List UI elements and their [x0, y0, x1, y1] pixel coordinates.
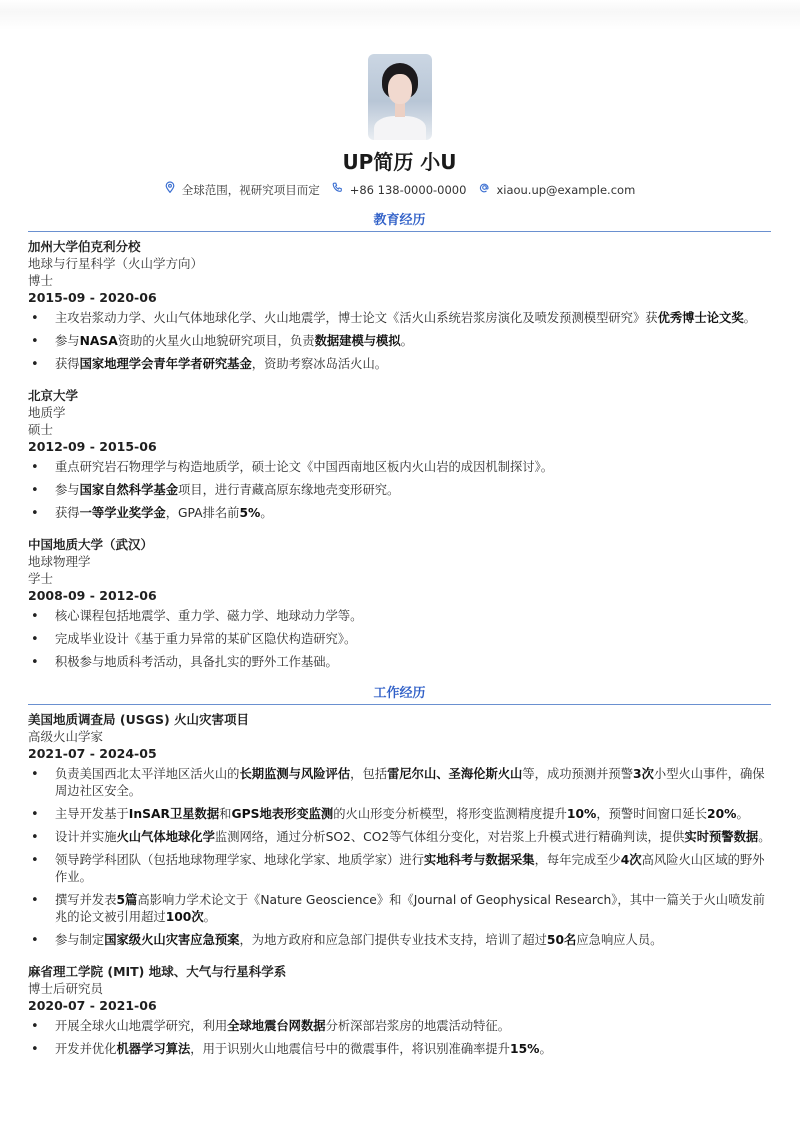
phone-icon: [332, 182, 344, 198]
resume-page: UP简历 小U 全球范围，视研究项目而定 +86 138-0000-0000 x…: [0, 0, 800, 1058]
bullet-item: 撰写并发表5篇高影响力学术论文于《Nature Geoscience》和《Jou…: [28, 892, 771, 926]
contact-phone: +86 138-0000-0000: [332, 181, 467, 198]
bullet-list: 主攻岩浆动力学、火山气体地球化学、火山地震学，博士论文《活火山系统岩浆房演化及喷…: [28, 310, 771, 373]
degree: 博士: [28, 272, 771, 289]
bullet-item: 负责美国西北太平洋地区活火山的长期监测与风险评估，包括雷尼尔山、圣海伦斯火山等，…: [28, 766, 771, 800]
bullet-item: 获得国家地理学会青年学者研究基金，资助考察冰岛活火山。: [28, 356, 771, 373]
bullet-item: 重点研究岩石物理学与构造地质学，硕士论文《中国西南地区板内火山岩的成因机制探讨》…: [28, 459, 771, 476]
education-entry: 北京大学 地质学 硕士 2012-09 - 2015-06 重点研究岩石物理学与…: [28, 387, 771, 522]
bullet-item: 设计并实施火山气体地球化学监测网络，通过分析SO2、CO2等气体组分变化，对岩浆…: [28, 829, 771, 846]
school-name: 北京大学: [28, 387, 771, 404]
candidate-name: UP简历 小U: [28, 149, 771, 175]
at-sign-icon: [478, 182, 490, 198]
resume-header: UP简历 小U 全球范围，视研究项目而定 +86 138-0000-0000 x…: [28, 0, 771, 198]
bullet-item: 主攻岩浆动力学、火山气体地球化学、火山地震学，博士论文《活火山系统岩浆房演化及喷…: [28, 310, 771, 327]
bullet-list: 核心课程包括地震学、重力学、磁力学、地球动力学等。完成毕业设计《基于重力异常的某…: [28, 608, 771, 671]
bullet-item: 主导开发基于InSAR卫星数据和GPS地表形变监测的火山形变分析模型，将形变监测…: [28, 806, 771, 823]
map-pin-icon: [164, 181, 176, 198]
contact-info: 全球范围，视研究项目而定 +86 138-0000-0000 xiaou.up@…: [28, 181, 771, 198]
education-entry: 中国地质大学（武汉） 地球物理学 学士 2008-09 - 2012-06 核心…: [28, 536, 771, 671]
phone-text[interactable]: +86 138-0000-0000: [350, 182, 467, 198]
major: 地质学: [28, 404, 771, 421]
degree: 硕士: [28, 421, 771, 438]
bullet-item: 参与NASA资助的火星火山地貌研究项目，负责数据建模与模拟。: [28, 333, 771, 350]
bullet-item: 参与制定国家级火山灾害应急预案，为地方政府和应急部门提供专业技术支持，培训了超过…: [28, 932, 771, 949]
date-range: 2020-07 - 2021-06: [28, 997, 771, 1014]
bullet-item: 核心课程包括地震学、重力学、磁力学、地球动力学等。: [28, 608, 771, 625]
bullet-list: 负责美国西北太平洋地区活火山的长期监测与风险评估，包括雷尼尔山、圣海伦斯火山等，…: [28, 766, 771, 949]
bullet-list: 重点研究岩石物理学与构造地质学，硕士论文《中国西南地区板内火山岩的成因机制探讨》…: [28, 459, 771, 522]
work-entry: 美国地质调查局 (USGS) 火山灾害项目 高级火山学家 2021-07 - 2…: [28, 711, 771, 949]
bullet-item: 开展全球火山地震学研究，利用全球地震台网数据分析深部岩浆房的地震活动特征。: [28, 1018, 771, 1035]
employer-name: 美国地质调查局 (USGS) 火山灾害项目: [28, 711, 771, 728]
contact-email: xiaou.up@example.com: [478, 181, 635, 198]
contact-location: 全球范围，视研究项目而定: [164, 181, 320, 198]
bullet-item: 积极参与地质科考活动，具备扎实的野外工作基础。: [28, 654, 771, 671]
bullet-list: 开展全球火山地震学研究，利用全球地震台网数据分析深部岩浆房的地震活动特征。开发并…: [28, 1018, 771, 1058]
major: 地球与行星科学（火山学方向）: [28, 255, 771, 272]
job-title: 高级火山学家: [28, 728, 771, 745]
school-name: 中国地质大学（武汉）: [28, 536, 771, 553]
degree: 学士: [28, 570, 771, 587]
date-range: 2008-09 - 2012-06: [28, 587, 771, 604]
section-title-education: 教育经历: [28, 212, 771, 232]
profile-photo: [368, 54, 432, 140]
date-range: 2015-09 - 2020-06: [28, 289, 771, 306]
bullet-item: 开发并优化机器学习算法，用于识别火山地震信号中的微震事件，将识别准确率提升15%…: [28, 1041, 771, 1058]
bullet-item: 参与国家自然科学基金项目，进行青藏高原东缘地壳变形研究。: [28, 482, 771, 499]
work-entry: 麻省理工学院 (MIT) 地球、大气与行星科学系 博士后研究员 2020-07 …: [28, 963, 771, 1058]
employer-name: 麻省理工学院 (MIT) 地球、大气与行星科学系: [28, 963, 771, 980]
job-title: 博士后研究员: [28, 980, 771, 997]
date-range: 2012-09 - 2015-06: [28, 438, 771, 455]
section-title-work: 工作经历: [28, 685, 771, 705]
bullet-item: 完成毕业设计《基于重力异常的某矿区隐伏构造研究》。: [28, 631, 771, 648]
bullet-item: 获得一等学业奖学金，GPA排名前5%。: [28, 505, 771, 522]
location-text: 全球范围，视研究项目而定: [182, 182, 320, 198]
bullet-item: 领导跨学科团队（包括地球物理学家、地球化学家、地质学家）进行实地科考与数据采集，…: [28, 852, 771, 886]
school-name: 加州大学伯克利分校: [28, 238, 771, 255]
date-range: 2021-07 - 2024-05: [28, 745, 771, 762]
email-text[interactable]: xiaou.up@example.com: [496, 182, 635, 198]
education-entry: 加州大学伯克利分校 地球与行星科学（火山学方向） 博士 2015-09 - 20…: [28, 238, 771, 373]
major: 地球物理学: [28, 553, 771, 570]
